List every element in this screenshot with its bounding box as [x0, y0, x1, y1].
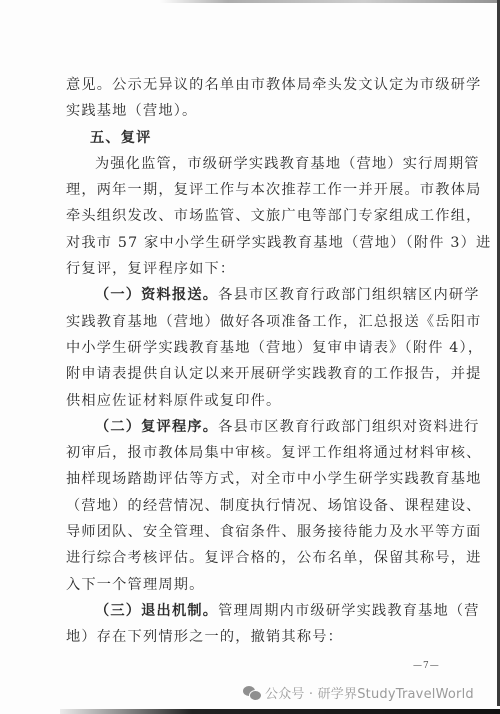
scan-bottom-edge: [60, 709, 500, 714]
paragraph-line: 行复评，复评程序如下：: [66, 256, 436, 282]
paragraph-line: 对我市 57 家中小学生研学实践教育基地（营地）（附件 3）进: [66, 230, 436, 256]
paragraph-line: 中小学生研学实践教育基地（营地）复审申请表》（附件 4），: [66, 335, 436, 361]
subsection-text: 各县市区教育行政部门组织对资料进行: [218, 419, 480, 435]
paragraph-line: 地）存在下列情形之一的，撤销其称号：: [66, 624, 436, 650]
subsection-line: （二）复评程序。各县市区教育行政部门组织对资料进行: [66, 414, 436, 440]
paragraph-line: 实践基地（营地）。: [66, 98, 436, 124]
paragraph-line: 进行综合考核评估。复评合格的，公布名单，保留其称号，进: [66, 545, 436, 571]
page-number: —7—: [413, 661, 440, 671]
paragraph-line: 入下一个管理周期。: [66, 572, 436, 598]
paragraph-line: 实践教育基地（营地）做好各项准备工作，汇总报送《岳阳市: [66, 309, 436, 335]
wechat-icon: [243, 686, 261, 700]
subsection-text: 管理周期内市级研学实践教育基地（营: [218, 603, 480, 619]
document-page: 意见。公示无异议的名单由市教体局牵头发文认定为市级研学 实践基地（营地）。 五、…: [0, 0, 500, 714]
paragraph-line: 理，两年一期，复评工作与本次推荐工作一并开展。市教体局: [66, 177, 436, 203]
paragraph-line: 供相应佐证材料原件或复印件。: [66, 388, 436, 414]
paragraph-line: 初审后，报市教体局集中审核。复评工作组将通过材料审核、: [66, 440, 436, 466]
subsection-text: 各县市区教育行政部门组织辖区内研学: [218, 287, 480, 303]
watermark: 公众号 · 研学界StudyTravelWorld: [243, 683, 474, 702]
subsection-title: （一）资料报送。: [95, 287, 218, 303]
paragraph-line: 牵头组织发改、市场监管、文旅广电等部门专家组成工作组，: [66, 203, 436, 229]
watermark-text: 公众号 · 研学界StudyTravelWorld: [265, 683, 474, 702]
subsection-title: （三）退出机制。: [95, 603, 218, 619]
scan-top-shadow: [160, 0, 500, 3]
paragraph-line: 为强化监管，市级研学实践教育基地（营地）实行周期管: [66, 151, 436, 177]
paragraph-line: 导师团队、安全管理、食宿条件、服务接待能力及水平等方面: [66, 519, 436, 545]
paragraph-line: 意见。公示无异议的名单由市教体局牵头发文认定为市级研学: [66, 72, 436, 98]
subsection-title: （二）复评程序。: [95, 419, 218, 435]
paragraph-line: 抽样现场踏勘评估等方式，对全市中小学生研学实践教育基地: [66, 466, 436, 492]
section-heading: 五、复评: [66, 125, 436, 151]
subsection-line: （一）资料报送。各县市区教育行政部门组织辖区内研学: [66, 282, 436, 308]
paragraph-line: （营地）的经营情况、制度执行情况、场馆设备、课程建设、: [66, 493, 436, 519]
paragraph-line: 附申请表提供自认定以来开展研学实践教育的工作报告，并提: [66, 361, 436, 387]
document-body: 意见。公示无异议的名单由市教体局牵头发文认定为市级研学 实践基地（营地）。 五、…: [66, 72, 436, 651]
subsection-line: （三）退出机制。管理周期内市级研学实践教育基地（营: [66, 598, 436, 624]
